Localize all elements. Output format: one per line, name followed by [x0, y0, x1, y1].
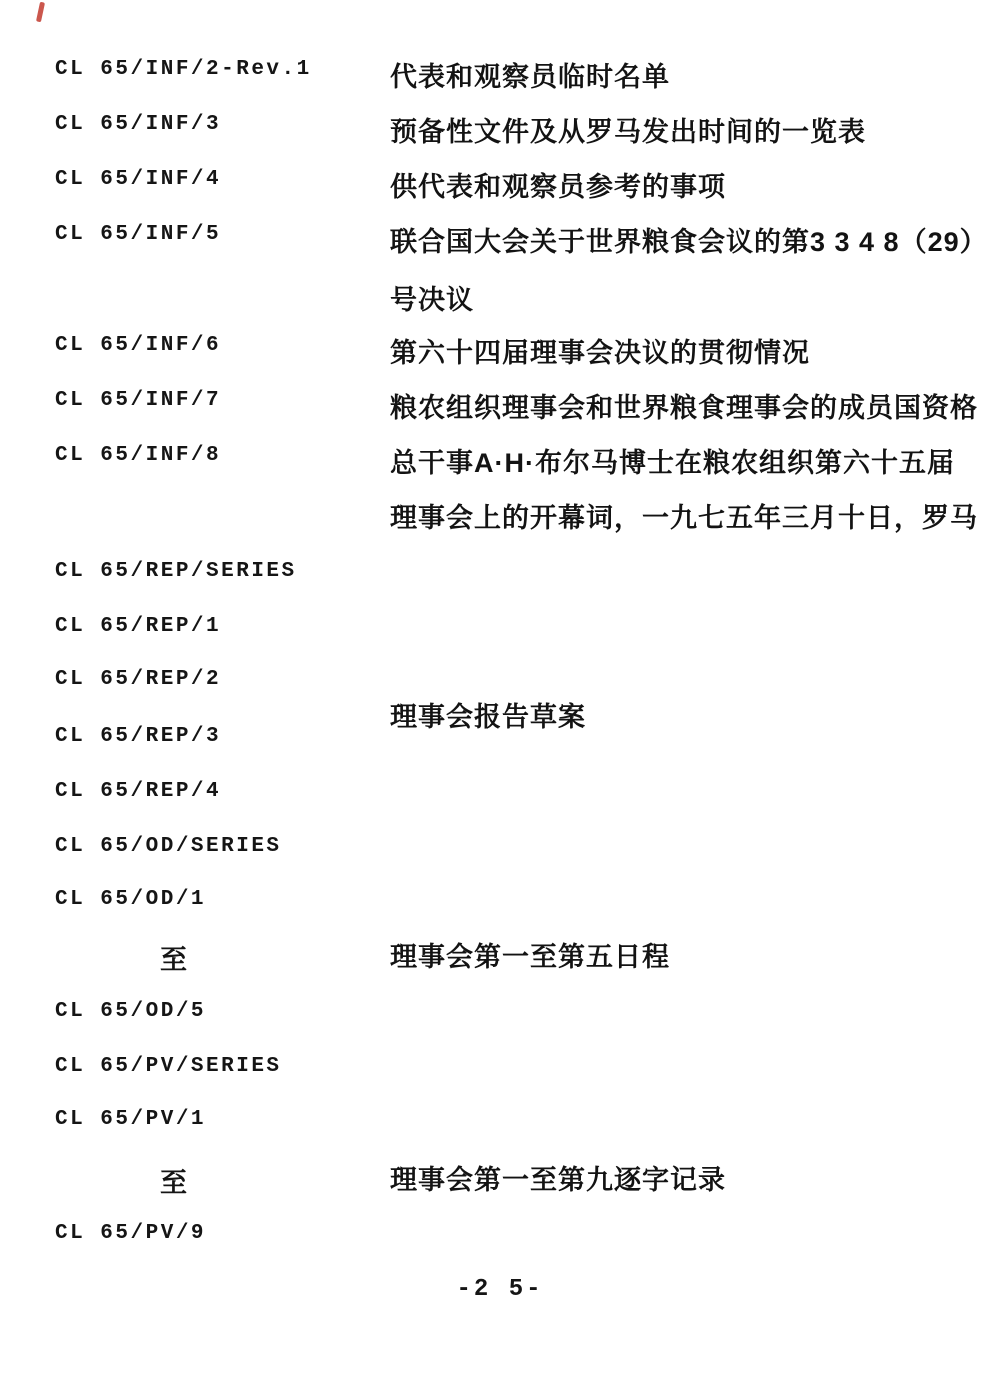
red-pen-mark: [36, 2, 45, 23]
doc-description-continuation: 理事会上的开幕词，一九七五年三月十日，罗马: [390, 496, 978, 535]
document-row: CL 65/REP/1: [0, 615, 1000, 649]
document-row: CL 65/OD/5: [0, 1000, 1000, 1034]
doc-description-group: 理事会第一至第九逐字记录: [390, 1158, 726, 1197]
doc-description: 供代表和观察员参考的事项: [390, 165, 726, 204]
doc-code: CL 65/REP/SERIES: [55, 560, 297, 583]
page-number: -2 5-: [0, 1276, 1000, 1303]
document-row: CL 65/REP/SERIES: [0, 560, 1000, 594]
document-row: 至 理事会第一至第九逐字记录: [0, 1161, 1000, 1195]
doc-description: 联合国大会关于世界粮食会议的第3 3 4 8（29）: [390, 220, 988, 259]
doc-code: CL 65/PV/1: [55, 1108, 206, 1131]
range-to-label: 至: [160, 1161, 187, 1200]
doc-code: CL 65/REP/2: [55, 668, 221, 691]
doc-code: CL 65/OD/5: [55, 1000, 206, 1023]
document-row: 理事会上的开幕词，一九七五年三月十日，罗马: [0, 499, 1000, 533]
document-row: 号决议: [0, 281, 1000, 315]
doc-description: 第六十四届理事会决议的贯彻情况: [390, 331, 810, 370]
doc-code: CL 65/REP/3: [55, 725, 221, 748]
document-row: CL 65/INF/2-Rev.1 代表和观察员临时名单: [0, 58, 1000, 92]
doc-code: CL 65/REP/4: [55, 780, 221, 803]
document-row: CL 65/OD/SERIES: [0, 835, 1000, 869]
doc-code: CL 65/INF/5: [55, 223, 221, 246]
doc-description-continuation: 号决议: [390, 278, 474, 317]
document-row: 至 理事会第一至第五日程: [0, 938, 1000, 972]
doc-code: CL 65/INF/4: [55, 168, 221, 191]
document-row: CL 65/INF/4 供代表和观察员参考的事项: [0, 168, 1000, 202]
doc-code: CL 65/OD/SERIES: [55, 835, 282, 858]
range-to-label: 至: [160, 938, 187, 977]
document-row: CL 65/REP/4: [0, 780, 1000, 814]
doc-description: 粮农组织理事会和世界粮食理事会的成员国资格: [390, 386, 978, 425]
document-row: CL 65/INF/6 第六十四届理事会决议的贯彻情况: [0, 334, 1000, 368]
doc-code: CL 65/OD/1: [55, 888, 206, 911]
document-row: CL 65/PV/9: [0, 1222, 1000, 1256]
document-row: CL 65/REP/3: [0, 725, 1000, 759]
doc-code: CL 65/PV/SERIES: [55, 1055, 282, 1078]
doc-code: CL 65/REP/1: [55, 615, 221, 638]
doc-description-group: 理事会第一至第五日程: [390, 935, 670, 974]
doc-code: CL 65/INF/3: [55, 113, 221, 136]
document-row: CL 65/INF/5 联合国大会关于世界粮食会议的第3 3 4 8（29）: [0, 223, 1000, 257]
doc-code: CL 65/INF/6: [55, 334, 221, 357]
scanned-document-page: CL 65/INF/2-Rev.1 代表和观察员临时名单 CL 65/INF/3…: [0, 0, 1000, 1375]
document-row: CL 65/INF/7 粮农组织理事会和世界粮食理事会的成员国资格: [0, 389, 1000, 423]
doc-description: 代表和观察员临时名单: [390, 55, 670, 94]
document-row: CL 65/OD/1: [0, 888, 1000, 922]
document-row: CL 65/PV/SERIES: [0, 1055, 1000, 1089]
doc-code: CL 65/INF/7: [55, 389, 221, 412]
doc-code: CL 65/INF/8: [55, 444, 221, 467]
document-row: CL 65/INF/8 总干事A·H·布尔马博士在粮农组织第六十五届: [0, 444, 1000, 478]
doc-description: 预备性文件及从罗马发出时间的一览表: [390, 110, 866, 149]
doc-code: CL 65/PV/9: [55, 1222, 206, 1245]
doc-description: 总干事A·H·布尔马博士在粮农组织第六十五届: [390, 441, 955, 480]
document-row: CL 65/PV/1: [0, 1108, 1000, 1142]
doc-code: CL 65/INF/2-Rev.1: [55, 58, 312, 81]
document-row: CL 65/INF/3 预备性文件及从罗马发出时间的一览表: [0, 113, 1000, 147]
